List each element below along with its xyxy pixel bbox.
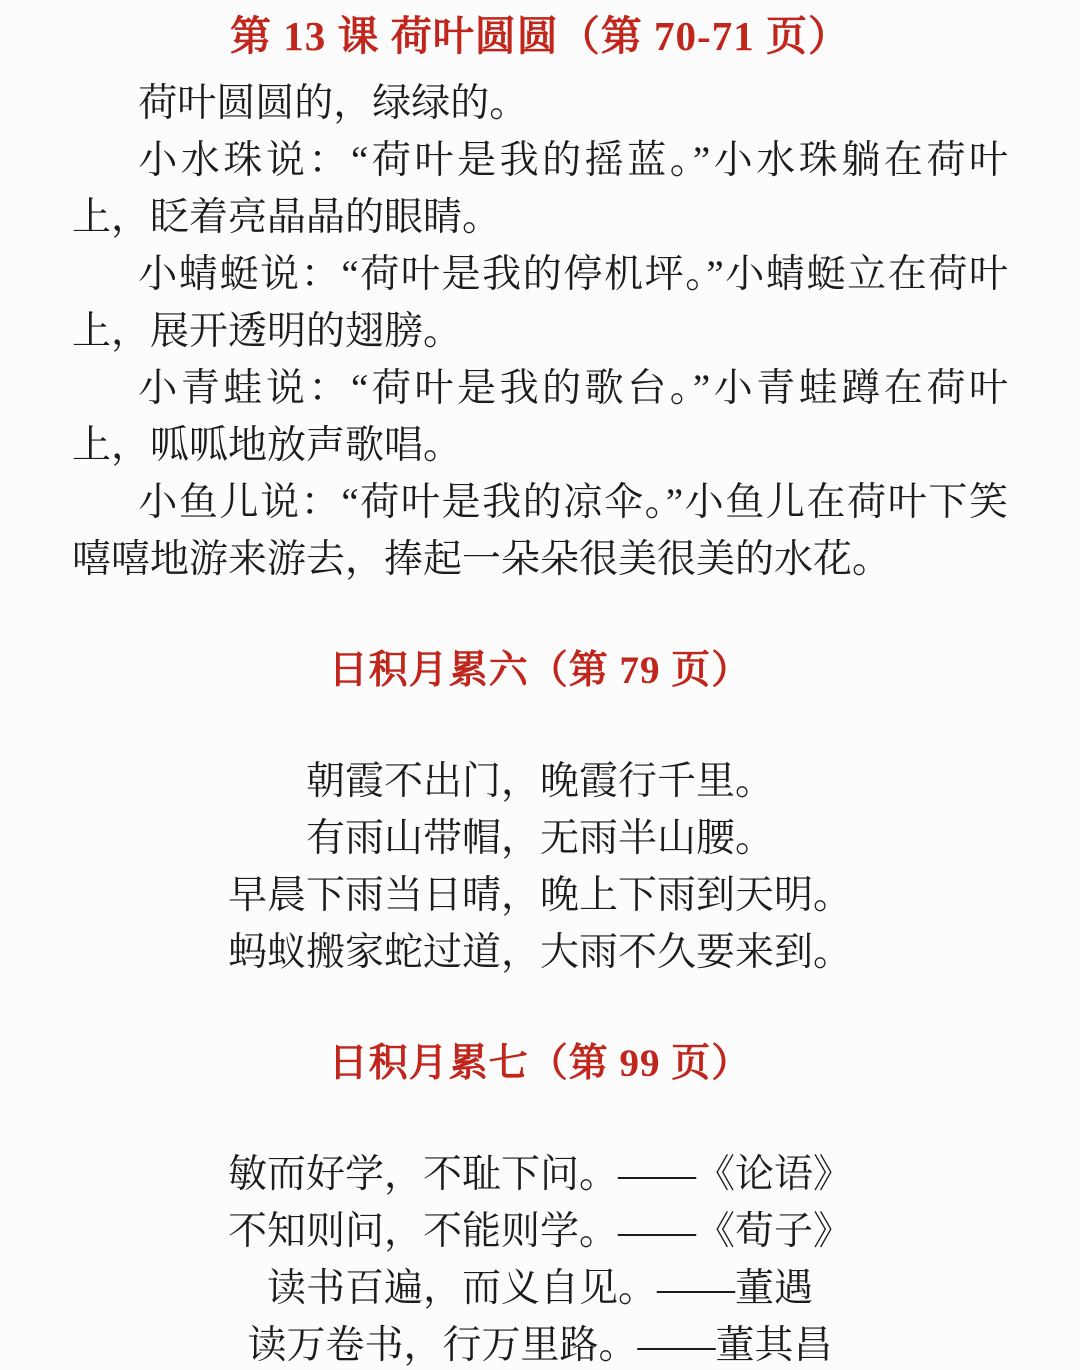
proverb-line: 蚂蚁搬家蛇过道，大雨不久要来到。 — [72, 924, 1008, 981]
accumulation-seven-heading: 日积月累七（第 99 页） — [72, 1035, 1008, 1092]
lesson-paragraph: 小青蛙说：“荷叶是我的歌台。”小青蛙蹲在荷叶上，呱呱地放声歌唱。 — [72, 360, 1008, 474]
quote-line: 敏而好学，不耻下问。——《论语》 — [72, 1146, 1008, 1203]
lesson-title: 第 13 课 荷叶圆圆（第 70-71 页） — [72, 8, 1008, 65]
proverb-line: 早晨下雨当日晴，晚上下雨到天明。 — [72, 867, 1008, 924]
proverb-line: 有雨山带帽，无雨半山腰。 — [72, 810, 1008, 867]
lesson-paragraph: 小鱼儿说：“荷叶是我的凉伞。”小鱼儿在荷叶下笑嘻嘻地游来游去，捧起一朵朵很美很美… — [72, 474, 1008, 588]
quote-line: 读书百遍，而义自见。——董遇 — [72, 1260, 1008, 1317]
lesson-paragraph: 小水珠说：“荷叶是我的摇蓝。”小水珠躺在荷叶上，眨着亮晶晶的眼睛。 — [72, 132, 1008, 246]
lesson-paragraph: 小蜻蜓说：“荷叶是我的停机坪。”小蜻蜓立在荷叶上，展开透明的翅膀。 — [72, 246, 1008, 360]
quote-line: 读万卷书，行万里路。——董其昌 — [72, 1317, 1008, 1370]
proverb-line: 朝霞不出门，晚霞行千里。 — [72, 753, 1008, 810]
lesson-paragraph: 荷叶圆圆的，绿绿的。 — [72, 75, 1008, 132]
textbook-page: 第 13 课 荷叶圆圆（第 70-71 页） 荷叶圆圆的，绿绿的。 小水珠说：“… — [0, 0, 1080, 1370]
quote-line: 不知则问，不能则学。——《荀子》 — [72, 1203, 1008, 1260]
accumulation-six-heading: 日积月累六（第 79 页） — [72, 642, 1008, 699]
